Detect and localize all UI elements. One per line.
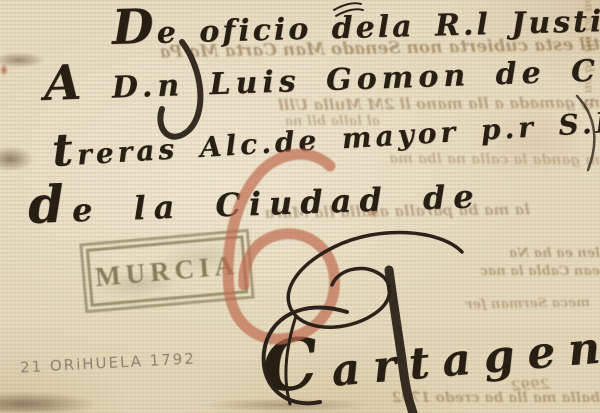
- ink-smudge: [0, 52, 46, 68]
- postmark-text: MURCIA: [94, 249, 240, 292]
- ink-smudge: [0, 146, 34, 172]
- ink-smudge: [0, 392, 96, 412]
- letter-cover: til esta cubierta non Senado Man Carta M…: [0, 0, 600, 413]
- pencil-annotation: 21 ORiHUELA 1792: [20, 349, 197, 376]
- red-speck: [0, 64, 8, 76]
- showthrough-text: ean Cabla la nac: [410, 264, 600, 279]
- destination-text: Cartagena: [258, 292, 600, 409]
- showthrough-text: len ea ha Na: [400, 246, 600, 261]
- murcia-postmark: MURCIA: [86, 235, 248, 307]
